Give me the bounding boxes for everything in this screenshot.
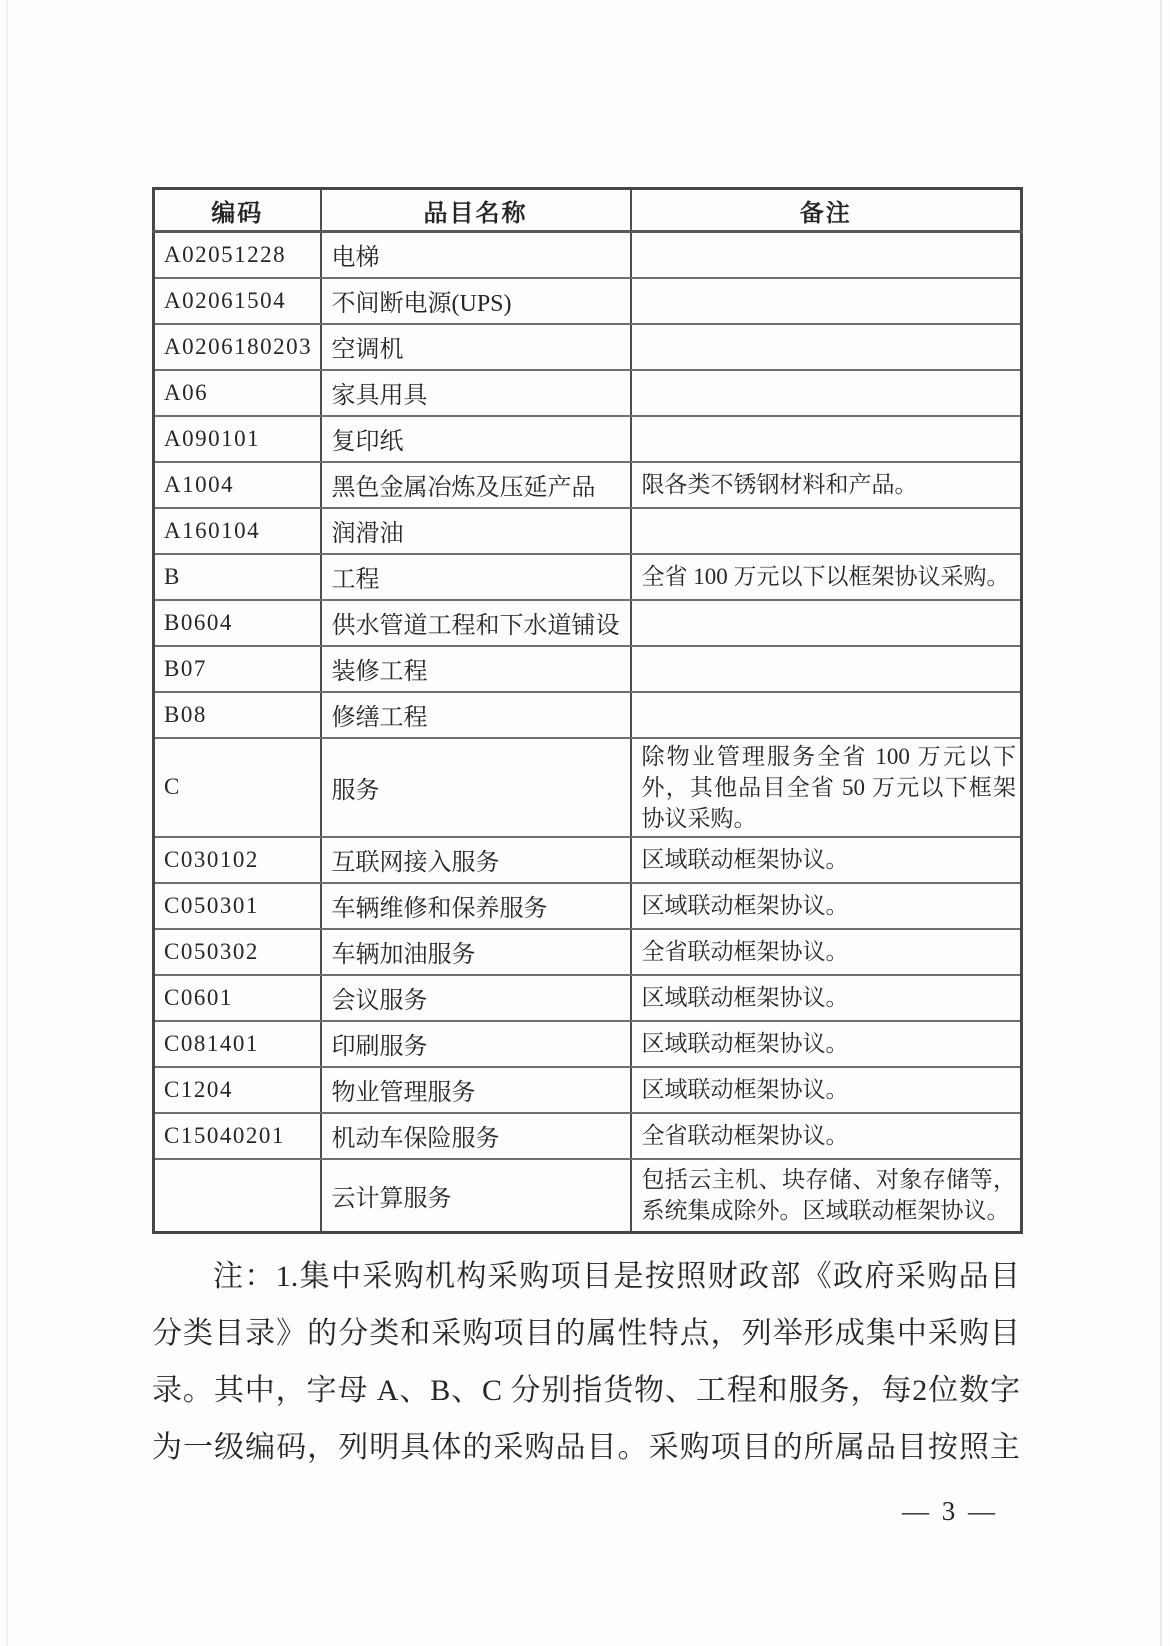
note-line-4: 为一级编码，列明具体的采购品目。采购项目的所属品目按照主 — [152, 1419, 1020, 1476]
code-cell: B08 — [154, 692, 321, 738]
remark-cell: 区域联动框架协议。 — [631, 975, 1022, 1021]
code-cell: A06 — [154, 370, 321, 416]
code-cell: C050302 — [154, 929, 321, 975]
document-page: 编码 品目名称 备注 A02051228电梯A02061504不间断电源(UPS… — [0, 0, 1170, 1646]
name-cell: 机动车保险服务 — [321, 1113, 631, 1159]
procurement-table: 编码 品目名称 备注 A02051228电梯A02061504不间断电源(UPS… — [152, 187, 1023, 1234]
remark-cell — [631, 646, 1022, 692]
note-line-1: 注：1.集中采购机构采购项目是按照财政部《政府采购品目 — [152, 1248, 1020, 1305]
table-body: A02051228电梯A02061504不间断电源(UPS)A020618020… — [154, 232, 1022, 1233]
name-cell: 云计算服务 — [321, 1159, 631, 1233]
remark-cell — [631, 416, 1022, 462]
table-row: A1004黑色金属冶炼及压延产品限各类不锈钢材料和产品。 — [154, 462, 1022, 508]
remark-cell — [631, 370, 1022, 416]
code-cell: A02061504 — [154, 278, 321, 324]
table-header-row: 编码 品目名称 备注 — [154, 189, 1022, 232]
code-cell: A0206180203 — [154, 324, 321, 370]
note-line-3: 录。其中，字母 A、B、C 分别指货物、工程和服务，每2位数字 — [152, 1362, 1020, 1419]
code-cell: C030102 — [154, 837, 321, 883]
table-row: B0604供水管道工程和下水道铺设 — [154, 600, 1022, 646]
remark-cell: 区域联动框架协议。 — [631, 1021, 1022, 1067]
remark-cell: 包括云主机、块存储、对象存储等，系统集成除外。区域联动框架协议。 — [631, 1159, 1022, 1233]
remark-cell — [631, 232, 1022, 278]
table-row: 云计算服务包括云主机、块存储、对象存储等，系统集成除外。区域联动框架协议。 — [154, 1159, 1022, 1233]
remark-cell — [631, 508, 1022, 554]
document-content: 编码 品目名称 备注 A02051228电梯A02061504不间断电源(UPS… — [152, 187, 1020, 1527]
name-cell: 物业管理服务 — [321, 1067, 631, 1113]
remark-cell: 全省 100 万元以下以框架协议采购。 — [631, 554, 1022, 600]
header-name: 品目名称 — [321, 189, 631, 232]
header-code: 编码 — [154, 189, 321, 232]
table-row: A090101复印纸 — [154, 416, 1022, 462]
scan-edge-right — [1160, 0, 1162, 1646]
table-row: A02051228电梯 — [154, 232, 1022, 278]
table-row: B工程全省 100 万元以下以框架协议采购。 — [154, 554, 1022, 600]
table-row: C081401印刷服务区域联动框架协议。 — [154, 1021, 1022, 1067]
table-row: C050302车辆加油服务全省联动框架协议。 — [154, 929, 1022, 975]
note-paragraph: 注：1.集中采购机构采购项目是按照财政部《政府采购品目 分类目录》的分类和采购项… — [152, 1248, 1020, 1476]
name-cell: 车辆加油服务 — [321, 929, 631, 975]
remark-cell: 全省联动框架协议。 — [631, 1113, 1022, 1159]
note-line-2: 分类目录》的分类和采购项目的属性特点，列举形成集中采购目 — [152, 1305, 1020, 1362]
table-row: A02061504不间断电源(UPS) — [154, 278, 1022, 324]
name-cell: 电梯 — [321, 232, 631, 278]
name-cell: 装修工程 — [321, 646, 631, 692]
name-cell: 互联网接入服务 — [321, 837, 631, 883]
table-row: B07装修工程 — [154, 646, 1022, 692]
code-cell: B07 — [154, 646, 321, 692]
code-cell: C0601 — [154, 975, 321, 1021]
table-row: C050301车辆维修和保养服务区域联动框架协议。 — [154, 883, 1022, 929]
name-cell: 工程 — [321, 554, 631, 600]
code-cell: A1004 — [154, 462, 321, 508]
name-cell: 修缮工程 — [321, 692, 631, 738]
name-cell: 服务 — [321, 738, 631, 837]
name-cell: 复印纸 — [321, 416, 631, 462]
remark-cell: 除物业管理服务全省 100 万元以下外，其他品目全省 50 万元以下框架协议采购… — [631, 738, 1022, 837]
code-cell: C081401 — [154, 1021, 321, 1067]
code-cell: B0604 — [154, 600, 321, 646]
name-cell: 不间断电源(UPS) — [321, 278, 631, 324]
code-cell: C1204 — [154, 1067, 321, 1113]
table-row: C服务除物业管理服务全省 100 万元以下外，其他品目全省 50 万元以下框架协… — [154, 738, 1022, 837]
remark-cell — [631, 600, 1022, 646]
table-row: C15040201机动车保险服务全省联动框架协议。 — [154, 1113, 1022, 1159]
remark-cell: 限各类不锈钢材料和产品。 — [631, 462, 1022, 508]
table-row: B08修缮工程 — [154, 692, 1022, 738]
code-cell: C — [154, 738, 321, 837]
name-cell: 家具用具 — [321, 370, 631, 416]
name-cell: 车辆维修和保养服务 — [321, 883, 631, 929]
table-row: A160104润滑油 — [154, 508, 1022, 554]
code-cell: B — [154, 554, 321, 600]
remark-cell — [631, 278, 1022, 324]
code-cell: A090101 — [154, 416, 321, 462]
code-cell: C050301 — [154, 883, 321, 929]
remark-cell — [631, 324, 1022, 370]
remark-cell: 区域联动框架协议。 — [631, 1067, 1022, 1113]
name-cell: 空调机 — [321, 324, 631, 370]
name-cell: 印刷服务 — [321, 1021, 631, 1067]
table-row: C0601会议服务区域联动框架协议。 — [154, 975, 1022, 1021]
table-row: C1204物业管理服务区域联动框架协议。 — [154, 1067, 1022, 1113]
table-row: A06家具用具 — [154, 370, 1022, 416]
remark-cell: 区域联动框架协议。 — [631, 837, 1022, 883]
name-cell: 润滑油 — [321, 508, 631, 554]
code-cell: A02051228 — [154, 232, 321, 278]
remark-cell: 全省联动框架协议。 — [631, 929, 1022, 975]
remark-cell — [631, 692, 1022, 738]
code-cell: A160104 — [154, 508, 321, 554]
name-cell: 黑色金属冶炼及压延产品 — [321, 462, 631, 508]
code-cell — [154, 1159, 321, 1233]
remark-cell: 区域联动框架协议。 — [631, 883, 1022, 929]
header-remark: 备注 — [631, 189, 1022, 232]
scan-edge-left — [6, 0, 8, 1646]
page-number: — 3 — — [152, 1496, 1020, 1527]
name-cell: 供水管道工程和下水道铺设 — [321, 600, 631, 646]
table-row: C030102互联网接入服务区域联动框架协议。 — [154, 837, 1022, 883]
name-cell: 会议服务 — [321, 975, 631, 1021]
table-row: A0206180203空调机 — [154, 324, 1022, 370]
code-cell: C15040201 — [154, 1113, 321, 1159]
